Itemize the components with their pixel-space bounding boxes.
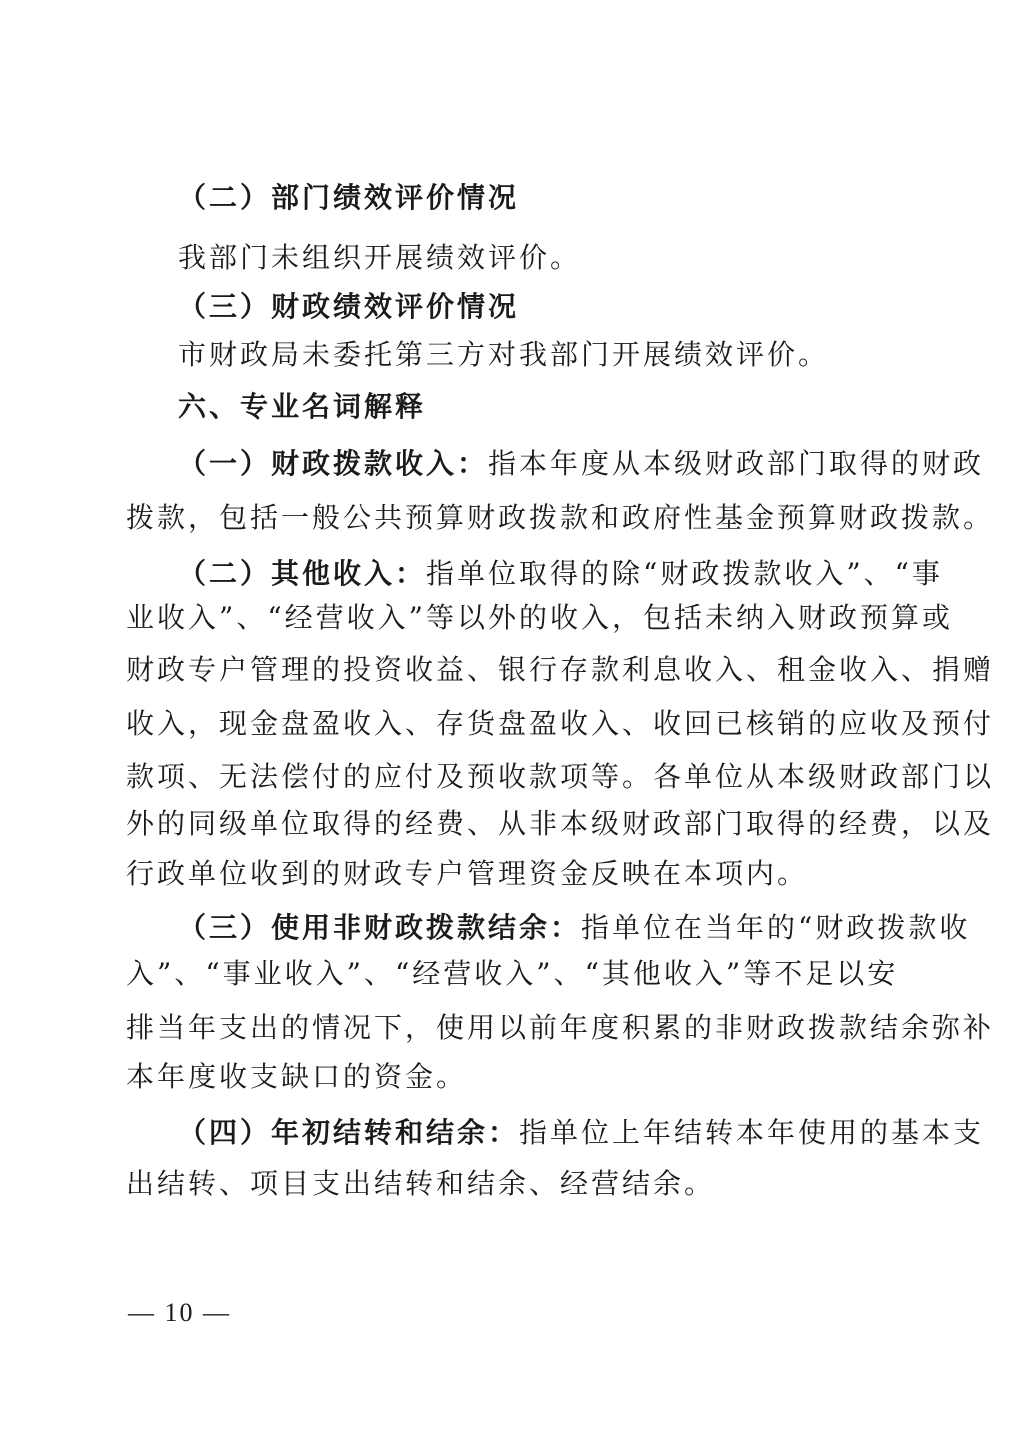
section-heading-dept-performance: （二）部门绩效评价情况 [178,184,519,212]
glossary-text-line: 收入，现金盘盈收入、存货盘盈收入、收回已核销的应收及预付 [126,710,994,738]
paragraph-dept-performance: 我部门未组织开展绩效评价。 [178,244,581,272]
glossary-text: 指单位在当年的“财政拨款收 [581,911,970,944]
section-heading-glossary: 六、专业名词解释 [178,393,426,421]
page-number: — 10 — [128,1298,231,1328]
glossary-item-non-fiscal-balance: （三）使用非财政拨款结余：指单位在当年的“财政拨款收 [178,914,970,942]
glossary-text-line: 入”、“事业收入”、“经营收入”、“其他收入”等不足以安 [126,960,898,988]
glossary-text-line: 排当年支出的情况下，使用以前年度积累的非财政拨款结余弥补 [126,1014,994,1042]
glossary-item-fiscal-appropriation: （一）财政拨款收入：指本年度从本级财政部门取得的财政 [178,450,984,478]
glossary-text-line: 财政专户管理的投资收益、银行存款利息收入、租金收入、捐赠 [126,656,994,684]
glossary-text: 指单位上年结转本年使用的基本支 [519,1116,984,1149]
glossary-text-line: 本年度收支缺口的资金。 [126,1063,467,1091]
glossary-term: （四）年初结转和结余： [178,1116,519,1149]
glossary-text-line: 拨款，包括一般公共预算财政拨款和政府性基金预算财政拨款。 [126,504,994,532]
glossary-text: 指本年度从本级财政部门取得的财政 [488,447,984,480]
paragraph-fin-performance: 市财政局未委托第三方对我部门开展绩效评价。 [178,341,829,369]
glossary-text-line: 款项、无法偿付的应付及预收款项等。各单位从本级财政部门以 [126,763,994,791]
glossary-item-carryover: （四）年初结转和结余：指单位上年结转本年使用的基本支 [178,1119,984,1147]
glossary-text-line: 出结转、项目支出结转和结余、经营结余。 [126,1170,715,1198]
glossary-item-other-income: （二）其他收入：指单位取得的除“财政拨款收入”、“事 [178,560,943,588]
glossary-text-line: 业收入”、“经营收入”等以外的收入，包括未纳入财政预算或 [126,604,953,632]
glossary-term: （二）其他收入： [178,557,426,590]
glossary-term: （一）财政拨款收入： [178,447,488,480]
glossary-text: 指单位取得的除“财政拨款收入”、“事 [426,557,943,590]
glossary-term: （三）使用非财政拨款结余： [178,911,581,944]
glossary-text-line: 行政单位收到的财政专户管理资金反映在本项内。 [126,860,808,888]
section-heading-fin-performance: （三）财政绩效评价情况 [178,293,519,321]
glossary-text-line: 外的同级单位取得的经费、从非本级财政部门取得的经费，以及 [126,810,994,838]
